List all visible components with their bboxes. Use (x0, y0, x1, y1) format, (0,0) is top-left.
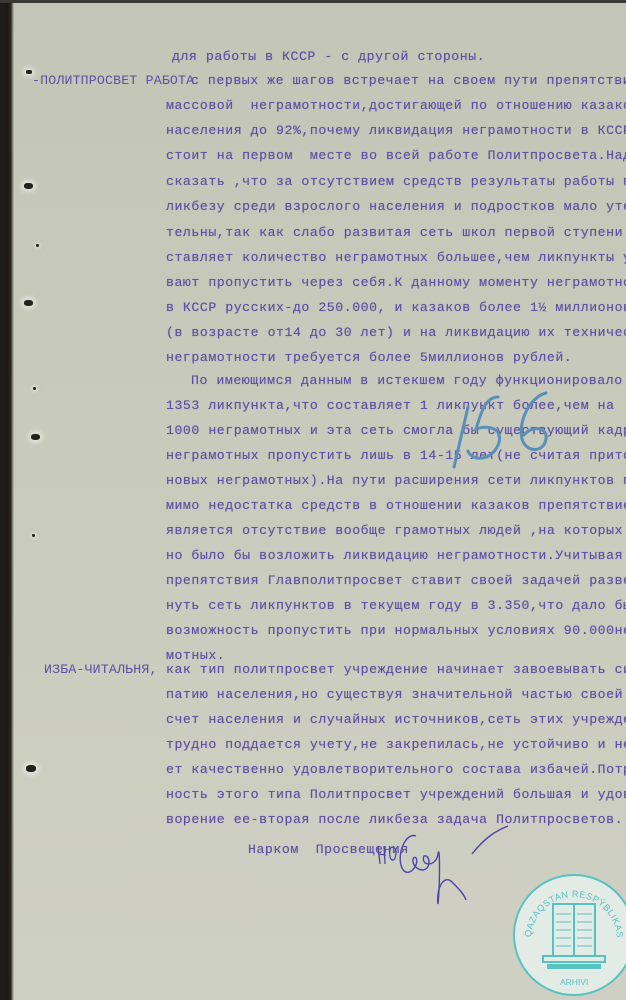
text-line: счет населения и случайных источников,се… (166, 712, 626, 728)
text-line: тельны,так как слабо развитая сеть школ … (166, 225, 626, 241)
scan-left-edge (6, 2, 14, 1000)
text-line: неграмотности требуется более 5миллионов… (166, 350, 572, 366)
punch-hole (26, 765, 36, 772)
archive-building-icon: QAZAQSTAN RESPÝBLIKASY PREZIDENTINIŃ ARH… (515, 876, 626, 994)
text-line: мимо недостатка средств в отношении каза… (166, 498, 626, 514)
text-line: (в возрасте от14 до 30 лет) и на ликвида… (166, 325, 626, 341)
text-line: патию населения,но существуя значительно… (166, 687, 626, 703)
text-line: ставляет количество неграмотных большее,… (166, 250, 626, 266)
svg-text:QAZAQSTAN RESPÝBLIKASY PREZIDE: QAZAQSTAN RESPÝBLIKASY PREZIDENTINIŃ (515, 876, 625, 938)
punch-hole (33, 387, 36, 390)
punch-hole (31, 434, 40, 440)
text-line: с первых же шагов встречает на своем пут… (191, 73, 626, 89)
text-line: как тип политпросвет учреждение начинает… (166, 662, 626, 678)
text-line: населения до 92%,почему ликвидация негра… (166, 123, 626, 139)
scan-top-edge (0, 0, 626, 3)
signature (376, 824, 526, 924)
punch-hole (36, 244, 39, 247)
section-label-izba: ИЗБА-ЧИТАЛЬНЯ, (44, 662, 158, 677)
punch-hole (24, 300, 33, 306)
svg-text:ARHIVI: ARHIVI (560, 977, 588, 987)
punch-hole (32, 534, 35, 537)
text-line: массовой неграмотности,достигающей по от… (166, 98, 626, 114)
text-line: для работы в КССР - с другой стороны. (172, 49, 485, 65)
archive-stamp: QAZAQSTAN RESPÝBLIKASY PREZIDENTINIŃ ARH… (513, 874, 626, 996)
text-line: сказать ,что за отсутствием средств резу… (166, 174, 626, 190)
text-line: возможность пропустить при нормальных ус… (166, 623, 626, 639)
text-line: препятствия Главполитпросвет ставит свое… (166, 573, 626, 589)
handwritten-page-number (446, 387, 566, 477)
document-page: для работы в КССР - с другой стороны. -П… (6, 2, 626, 1000)
section-label-politprosvet: -ПОЛИТПРОСВЕТ РАБОТА (32, 73, 194, 88)
text-line: стоит на первом месте во всей работе Пол… (166, 148, 626, 164)
text-line: вают пропустить через себя.К данному мом… (166, 275, 626, 291)
text-line: ет качественно удовлетворительного соста… (166, 762, 626, 778)
text-line: является отсутствие вообще грамотных люд… (166, 523, 626, 539)
punch-hole (24, 183, 33, 189)
text-line: ликбезу среди взрослого населения и подр… (166, 199, 626, 215)
text-line: в КССР русских-до 250.000, и казаков бол… (166, 300, 626, 316)
text-line: но было бы возложить ликвидацию неграмот… (166, 548, 626, 564)
text-line: нуть сеть ликпунктов в текущем году в 3.… (166, 598, 626, 614)
text-line: ность этого типа Политпросвет учреждений… (166, 787, 626, 803)
text-line: трудно поддается учету,не закрепилась,не… (166, 737, 626, 753)
